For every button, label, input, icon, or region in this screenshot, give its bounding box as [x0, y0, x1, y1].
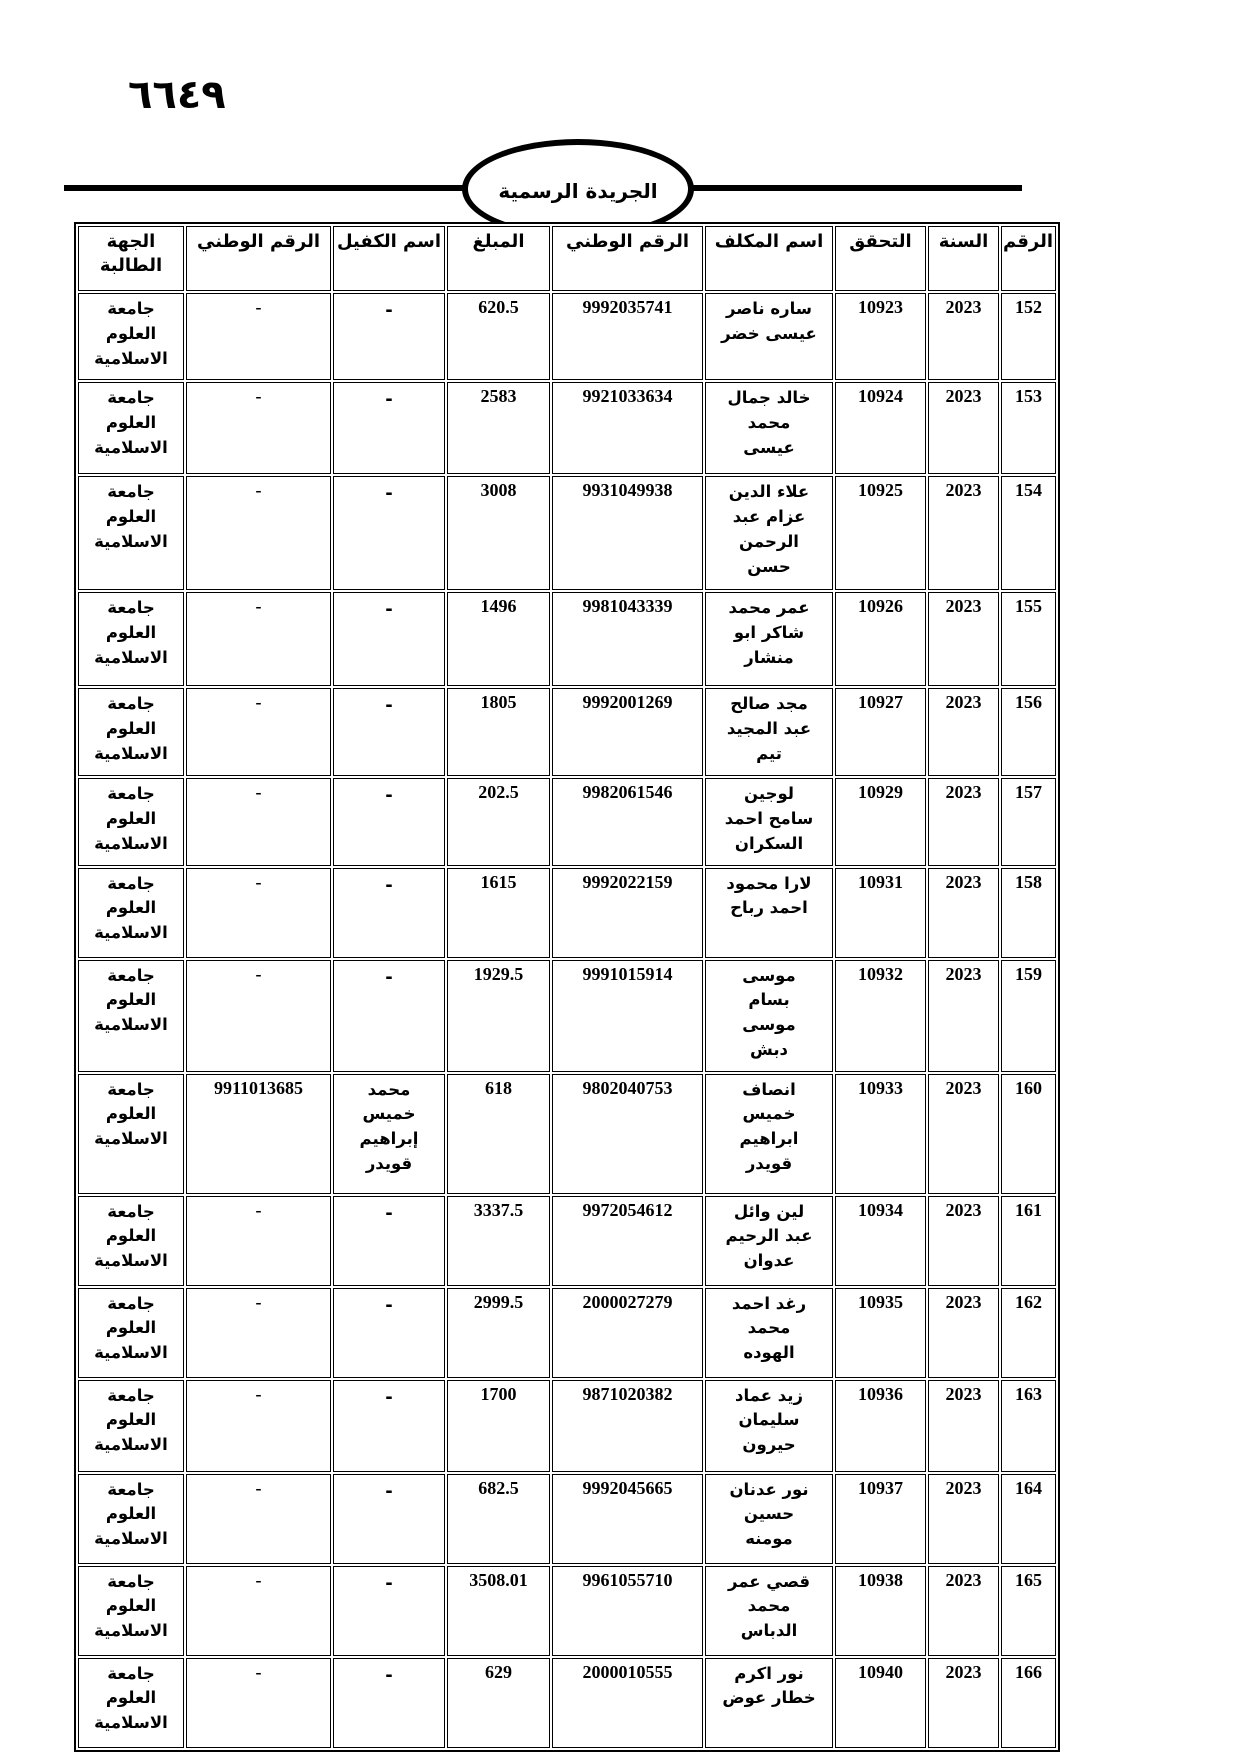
- cell-taxpayer-national-id: 9961055710: [552, 1566, 703, 1656]
- cell-taxpayer-name: عمر محمد شاكر ابو منشار: [705, 592, 833, 686]
- cell-no: 154: [1001, 476, 1056, 590]
- cell-taxpayer-name-text: نور عدنان حسين مومنه: [721, 1478, 817, 1552]
- header-cell-requesting-entity: الجهة الطالبة: [78, 226, 184, 291]
- cell-guarantor-national-id: -: [186, 1474, 331, 1564]
- cell-no: 163: [1001, 1380, 1056, 1472]
- empty-dash: -: [256, 1478, 262, 1498]
- cell-no: 164: [1001, 1474, 1056, 1564]
- cell-guarantor-name: -: [333, 688, 445, 776]
- header-cell-requesting-entity-label: الجهة الطالبة: [96, 230, 166, 279]
- cell-guarantor-name: محمد خميس إبراهيم قويدر: [333, 1074, 445, 1194]
- cell-requesting-entity-text: جامعة العلوم الاسلامية: [91, 782, 171, 856]
- empty-dash: -: [385, 875, 392, 896]
- cell-guarantor-national-id: -: [186, 688, 331, 776]
- cell-taxpayer-name-text: رغد احمد محمد الهوده: [721, 1292, 817, 1366]
- cell-amount: 2999.5: [447, 1288, 550, 1378]
- table-row: 162202310935رغد احمد محمد الهوده20000272…: [78, 1288, 1056, 1378]
- empty-dash: -: [385, 1203, 392, 1224]
- cell-no: 158: [1001, 868, 1056, 958]
- cell-guarantor-national-id: -: [186, 476, 331, 590]
- cell-no: 156: [1001, 688, 1056, 776]
- cell-guarantor-name: -: [333, 382, 445, 474]
- records-table-wrap: الرقم السنة التحقق اسم المكلف الرقم الوط…: [80, 222, 1060, 1752]
- cell-taxpayer-name: لين وائل عبد الرحيم عدوان: [705, 1196, 833, 1286]
- cell-check: 10933: [835, 1074, 926, 1194]
- cell-taxpayer-name-text: قصي عمر محمد الدباس: [721, 1570, 817, 1644]
- cell-taxpayer-name: علاء الدين عزام عبد الرحمن حسن: [705, 476, 833, 590]
- header-cell-guarantor-name: اسم الكفيل: [333, 226, 445, 291]
- cell-check: 10934: [835, 1196, 926, 1286]
- cell-taxpayer-name-text: انصاف خميس ابراهيم قويدر: [721, 1078, 817, 1177]
- cell-guarantor-national-id: -: [186, 960, 331, 1072]
- cell-requesting-entity-text: جامعة العلوم الاسلامية: [91, 1078, 171, 1152]
- empty-dash: -: [256, 480, 262, 500]
- cell-requesting-entity-text: جامعة العلوم الاسلامية: [91, 1478, 171, 1552]
- cell-amount: 1496: [447, 592, 550, 686]
- table-row: 164202310937نور عدنان حسين مومنه99920456…: [78, 1474, 1056, 1564]
- cell-taxpayer-name-text: مجد صالح عبد المجيد تيم: [721, 692, 817, 766]
- table-row: 163202310936زيد عماد سليمان حيرون9871020…: [78, 1380, 1056, 1472]
- cell-taxpayer-national-id: 9992022159: [552, 868, 703, 958]
- cell-year: 2023: [928, 688, 999, 776]
- cell-requesting-entity-text: جامعة العلوم الاسلامية: [91, 872, 171, 946]
- cell-requesting-entity: جامعة العلوم الاسلامية: [78, 476, 184, 590]
- cell-no: 166: [1001, 1658, 1056, 1748]
- cell-amount: 618: [447, 1074, 550, 1194]
- empty-dash: -: [385, 483, 392, 504]
- table-row: 154202310925علاء الدين عزام عبد الرحمن ح…: [78, 476, 1056, 590]
- cell-requesting-entity-text: جامعة العلوم الاسلامية: [91, 480, 171, 554]
- cell-check: 10924: [835, 382, 926, 474]
- cell-no: 155: [1001, 592, 1056, 686]
- cell-guarantor-national-id: -: [186, 1658, 331, 1748]
- empty-dash: -: [256, 964, 262, 984]
- cell-no: 159: [1001, 960, 1056, 1072]
- cell-requesting-entity: جامعة العلوم الاسلامية: [78, 592, 184, 686]
- cell-requesting-entity: جامعة العلوم الاسلامية: [78, 382, 184, 474]
- cell-guarantor-name: -: [333, 1196, 445, 1286]
- empty-dash: -: [385, 1665, 392, 1686]
- cell-taxpayer-name: مجد صالح عبد المجيد تيم: [705, 688, 833, 776]
- cell-taxpayer-name: نور عدنان حسين مومنه: [705, 1474, 833, 1564]
- cell-taxpayer-name: زيد عماد سليمان حيرون: [705, 1380, 833, 1472]
- cell-year: 2023: [928, 293, 999, 380]
- empty-dash: -: [256, 872, 262, 892]
- cell-requesting-entity: جامعة العلوم الاسلامية: [78, 1074, 184, 1194]
- cell-taxpayer-national-id: 9991015914: [552, 960, 703, 1072]
- cell-guarantor-national-id: -: [186, 382, 331, 474]
- cell-taxpayer-national-id: 9992035741: [552, 293, 703, 380]
- cell-requesting-entity-text: جامعة العلوم الاسلامية: [91, 297, 171, 371]
- cell-taxpayer-name-text: ساره ناصر عيسى خضر: [721, 297, 817, 347]
- cell-check: 10923: [835, 293, 926, 380]
- cell-guarantor-name: -: [333, 868, 445, 958]
- cell-guarantor-national-id: -: [186, 1566, 331, 1656]
- cell-taxpayer-name: قصي عمر محمد الدباس: [705, 1566, 833, 1656]
- empty-dash: -: [256, 1292, 262, 1312]
- page-number: ٦٦٤٩: [128, 72, 226, 118]
- cell-requesting-entity-text: جامعة العلوم الاسلامية: [91, 386, 171, 460]
- cell-guarantor-national-id: -: [186, 1288, 331, 1378]
- cell-taxpayer-name: لوجين سامح احمد السكران: [705, 778, 833, 865]
- cell-requesting-entity-text: جامعة العلوم الاسلامية: [91, 1662, 171, 1736]
- cell-requesting-entity: جامعة العلوم الاسلامية: [78, 1566, 184, 1656]
- cell-no: 160: [1001, 1074, 1056, 1194]
- empty-dash: -: [256, 386, 262, 406]
- empty-dash: -: [385, 1295, 392, 1316]
- cell-guarantor-national-id: -: [186, 868, 331, 958]
- cell-amount: 1700: [447, 1380, 550, 1472]
- cell-requesting-entity: جامعة العلوم الاسلامية: [78, 1288, 184, 1378]
- cell-taxpayer-national-id: 9802040753: [552, 1074, 703, 1194]
- cell-guarantor-name-text: محمد خميس إبراهيم قويدر: [356, 1078, 422, 1177]
- cell-requesting-entity: جامعة العلوم الاسلامية: [78, 1196, 184, 1286]
- header-cell-check: التحقق: [835, 226, 926, 291]
- cell-no: 165: [1001, 1566, 1056, 1656]
- cell-taxpayer-national-id: 2000027279: [552, 1288, 703, 1378]
- header-cell-taxpayer-name: اسم المكلف: [705, 226, 833, 291]
- cell-amount: 620.5: [447, 293, 550, 380]
- cell-taxpayer-name-text: خالد جمال محمد عيسى: [721, 386, 817, 460]
- cell-guarantor-name: -: [333, 1566, 445, 1656]
- cell-amount: 1615: [447, 868, 550, 958]
- cell-taxpayer-name: خالد جمال محمد عيسى: [705, 382, 833, 474]
- cell-guarantor-national-id: -: [186, 592, 331, 686]
- cell-year: 2023: [928, 960, 999, 1072]
- cell-year: 2023: [928, 476, 999, 590]
- empty-dash: -: [256, 596, 262, 616]
- cell-year: 2023: [928, 1380, 999, 1472]
- empty-dash: -: [385, 967, 392, 988]
- table-row: 156202310927مجد صالح عبد المجيد تيم99920…: [78, 688, 1056, 776]
- cell-no: 152: [1001, 293, 1056, 380]
- cell-requesting-entity-text: جامعة العلوم الاسلامية: [91, 692, 171, 766]
- empty-dash: -: [256, 1384, 262, 1404]
- cell-guarantor-name: -: [333, 1658, 445, 1748]
- empty-dash: -: [385, 1387, 392, 1408]
- cell-guarantor-name: -: [333, 1288, 445, 1378]
- cell-check: 10927: [835, 688, 926, 776]
- cell-check: 10937: [835, 1474, 926, 1564]
- cell-guarantor-name: -: [333, 960, 445, 1072]
- cell-taxpayer-name: رغد احمد محمد الهوده: [705, 1288, 833, 1378]
- cell-taxpayer-name-text: زيد عماد سليمان حيرون: [721, 1384, 817, 1458]
- empty-dash: -: [256, 1200, 262, 1220]
- cell-taxpayer-name-text: نور اكرم خطار عوض: [721, 1662, 817, 1712]
- records-table: الرقم السنة التحقق اسم المكلف الرقم الوط…: [74, 222, 1060, 1752]
- empty-dash: -: [385, 1481, 392, 1502]
- empty-dash: -: [256, 782, 262, 802]
- empty-dash: -: [256, 1570, 262, 1590]
- cell-amount: 3008: [447, 476, 550, 590]
- table-row: 166202310940نور اكرم خطار عوض20000105556…: [78, 1658, 1056, 1748]
- cell-taxpayer-national-id: 9871020382: [552, 1380, 703, 1472]
- cell-year: 2023: [928, 1288, 999, 1378]
- cell-check: 10936: [835, 1380, 926, 1472]
- cell-taxpayer-name-text: لين وائل عبد الرحيم عدوان: [721, 1200, 817, 1274]
- empty-dash: -: [385, 785, 392, 806]
- table-row: 165202310938قصي عمر محمد الدباس996105571…: [78, 1566, 1056, 1656]
- cell-check: 10938: [835, 1566, 926, 1656]
- gazette-page: ٦٦٤٩ الجريدة الرسمية الرقم السنة ال: [0, 0, 1241, 1755]
- cell-requesting-entity-text: جامعة العلوم الاسلامية: [91, 1384, 171, 1458]
- cell-year: 2023: [928, 778, 999, 865]
- cell-taxpayer-national-id: 2000010555: [552, 1658, 703, 1748]
- cell-guarantor-name: -: [333, 476, 445, 590]
- cell-guarantor-name: -: [333, 293, 445, 380]
- cell-taxpayer-name: لارا محمود احمد رباح: [705, 868, 833, 958]
- cell-year: 2023: [928, 868, 999, 958]
- cell-requesting-entity: جامعة العلوم الاسلامية: [78, 868, 184, 958]
- cell-taxpayer-name-text: لارا محمود احمد رباح: [721, 872, 817, 922]
- cell-requesting-entity: جامعة العلوم الاسلامية: [78, 960, 184, 1072]
- cell-check: 10940: [835, 1658, 926, 1748]
- empty-dash: -: [256, 1662, 262, 1682]
- cell-requesting-entity-text: جامعة العلوم الاسلامية: [91, 596, 171, 670]
- cell-amount: 202.5: [447, 778, 550, 865]
- table-row: 157202310929لوجين سامح احمد السكران99820…: [78, 778, 1056, 865]
- cell-taxpayer-name: موسى بسام موسى دبش: [705, 960, 833, 1072]
- cell-check: 10935: [835, 1288, 926, 1378]
- cell-amount: 3337.5: [447, 1196, 550, 1286]
- cell-guarantor-name: -: [333, 778, 445, 865]
- cell-no: 161: [1001, 1196, 1056, 1286]
- gazette-title: الجريدة الرسمية: [498, 179, 657, 203]
- table-row: 152202310923ساره ناصر عيسى خضر9992035741…: [78, 293, 1056, 380]
- cell-requesting-entity-text: جامعة العلوم الاسلامية: [91, 1570, 171, 1644]
- cell-amount: 3508.01: [447, 1566, 550, 1656]
- cell-check: 10932: [835, 960, 926, 1072]
- cell-amount: 2583: [447, 382, 550, 474]
- cell-guarantor-national-id: -: [186, 1380, 331, 1472]
- table-row: 155202310926عمر محمد شاكر ابو منشار99810…: [78, 592, 1056, 686]
- cell-no: 153: [1001, 382, 1056, 474]
- cell-taxpayer-name: ساره ناصر عيسى خضر: [705, 293, 833, 380]
- cell-year: 2023: [928, 592, 999, 686]
- empty-dash: -: [385, 389, 392, 410]
- cell-guarantor-name: -: [333, 1474, 445, 1564]
- cell-taxpayer-name-text: عمر محمد شاكر ابو منشار: [721, 596, 817, 670]
- cell-requesting-entity-text: جامعة العلوم الاسلامية: [91, 1292, 171, 1366]
- cell-taxpayer-name-text: لوجين سامح احمد السكران: [721, 782, 817, 856]
- cell-taxpayer-national-id: 9992001269: [552, 688, 703, 776]
- cell-no: 157: [1001, 778, 1056, 865]
- empty-dash: -: [385, 1573, 392, 1594]
- cell-amount: 1929.5: [447, 960, 550, 1072]
- table-body: 152202310923ساره ناصر عيسى خضر9992035741…: [78, 293, 1056, 1748]
- cell-taxpayer-national-id: 9972054612: [552, 1196, 703, 1286]
- table-row: 160202310933انصاف خميس ابراهيم قويدر9802…: [78, 1074, 1056, 1194]
- cell-check: 10926: [835, 592, 926, 686]
- empty-dash: -: [256, 692, 262, 712]
- empty-dash: -: [256, 297, 262, 317]
- cell-check: 10925: [835, 476, 926, 590]
- table-row: 159202310932موسى بسام موسى دبش9991015914…: [78, 960, 1056, 1072]
- table-row: 161202310934لين وائل عبد الرحيم عدوان997…: [78, 1196, 1056, 1286]
- cell-taxpayer-name: انصاف خميس ابراهيم قويدر: [705, 1074, 833, 1194]
- cell-requesting-entity: جامعة العلوم الاسلامية: [78, 688, 184, 776]
- header-cell-guarantor-national-id: الرقم الوطني: [186, 226, 331, 291]
- cell-check: 10931: [835, 868, 926, 958]
- cell-guarantor-name: -: [333, 1380, 445, 1472]
- empty-dash: -: [385, 300, 392, 321]
- empty-dash: -: [385, 599, 392, 620]
- cell-requesting-entity-text: جامعة العلوم الاسلامية: [91, 964, 171, 1038]
- cell-amount: 1805: [447, 688, 550, 776]
- cell-guarantor-national-id: -: [186, 1196, 331, 1286]
- cell-guarantor-national-id: -: [186, 293, 331, 380]
- cell-guarantor-national-id: -: [186, 778, 331, 865]
- cell-year: 2023: [928, 382, 999, 474]
- header-cell-year: السنة: [928, 226, 999, 291]
- cell-taxpayer-national-id: 9921033634: [552, 382, 703, 474]
- cell-year: 2023: [928, 1196, 999, 1286]
- cell-year: 2023: [928, 1658, 999, 1748]
- cell-taxpayer-national-id: 9981043339: [552, 592, 703, 686]
- cell-taxpayer-name-text: موسى بسام موسى دبش: [721, 964, 817, 1063]
- cell-taxpayer-national-id: 9931049938: [552, 476, 703, 590]
- header-cell-amount: المبلغ: [447, 226, 550, 291]
- cell-requesting-entity: جامعة العلوم الاسلامية: [78, 1658, 184, 1748]
- cell-taxpayer-name-text: علاء الدين عزام عبد الرحمن حسن: [721, 480, 817, 579]
- cell-requesting-entity: جامعة العلوم الاسلامية: [78, 1474, 184, 1564]
- cell-amount: 682.5: [447, 1474, 550, 1564]
- table-header: الرقم السنة التحقق اسم المكلف الرقم الوط…: [78, 226, 1056, 291]
- cell-taxpayer-name: نور اكرم خطار عوض: [705, 1658, 833, 1748]
- empty-dash: -: [385, 695, 392, 716]
- header-cell-no: الرقم: [1001, 226, 1056, 291]
- cell-guarantor-national-id: 9911013685: [186, 1074, 331, 1194]
- cell-requesting-entity: جامعة العلوم الاسلامية: [78, 778, 184, 865]
- cell-check: 10929: [835, 778, 926, 865]
- cell-no: 162: [1001, 1288, 1056, 1378]
- cell-requesting-entity-text: جامعة العلوم الاسلامية: [91, 1200, 171, 1274]
- table-row: 158202310931لارا محمود احمد رباح99920221…: [78, 868, 1056, 958]
- cell-requesting-entity: جامعة العلوم الاسلامية: [78, 293, 184, 380]
- cell-taxpayer-national-id: 9992045665: [552, 1474, 703, 1564]
- header-row: الرقم السنة التحقق اسم المكلف الرقم الوط…: [78, 226, 1056, 291]
- header-cell-taxpayer-national-id: الرقم الوطني: [552, 226, 703, 291]
- cell-year: 2023: [928, 1074, 999, 1194]
- cell-year: 2023: [928, 1474, 999, 1564]
- cell-requesting-entity: جامعة العلوم الاسلامية: [78, 1380, 184, 1472]
- cell-year: 2023: [928, 1566, 999, 1656]
- cell-taxpayer-national-id: 9982061546: [552, 778, 703, 865]
- table-row: 153202310924خالد جمال محمد عيسى992103363…: [78, 382, 1056, 474]
- cell-amount: 629: [447, 1658, 550, 1748]
- cell-guarantor-name: -: [333, 592, 445, 686]
